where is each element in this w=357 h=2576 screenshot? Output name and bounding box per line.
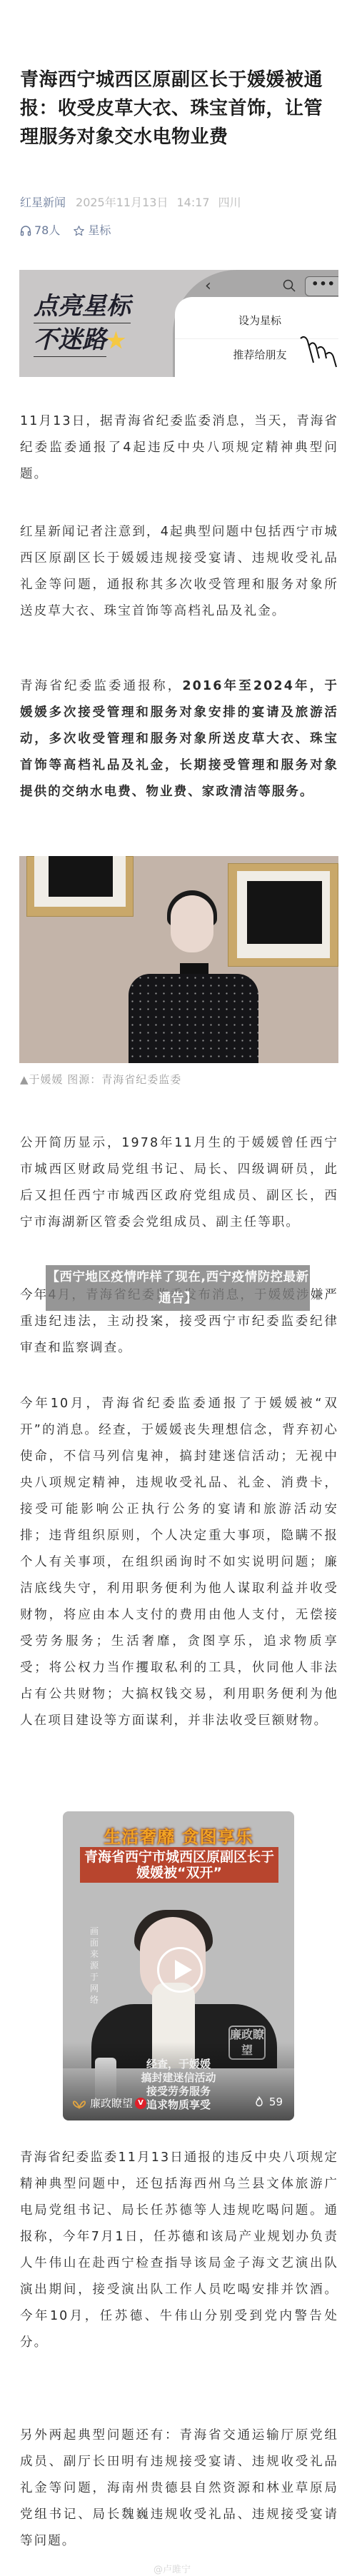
like-icon	[253, 2096, 265, 2108]
paragraph-2: 红星新闻记者注意到，4起典型问题中包括西宁市城西区原副区长于媛媛违规接受宴请、违…	[20, 519, 338, 625]
star-button[interactable]: 星标	[73, 221, 111, 241]
pointing-hand-icon	[298, 334, 338, 377]
more-options-icon: •••	[305, 276, 338, 296]
publish-location: 四川	[218, 196, 241, 209]
painting-right	[228, 863, 338, 967]
article-stats: 78人 星标	[20, 221, 124, 241]
video-account[interactable]: 廉政瞭望 V	[73, 2095, 146, 2110]
publish-date: 2025年11月13日	[76, 196, 168, 209]
paragraph-1: 11月13日，据青海省纪委监委消息，当天，青海省纪委监委通报了4起违反中央八项规…	[20, 408, 338, 488]
painting-left	[26, 856, 134, 917]
banner-slogan: 点亮星标 不迷路★	[34, 290, 131, 358]
back-chevron-icon: ‹	[205, 277, 211, 295]
video-like-count: 59	[269, 2095, 283, 2108]
video-account-name: 廉政瞭望	[90, 2095, 133, 2110]
headphones-icon	[20, 225, 31, 236]
star-promo-banner: 点亮星标 不迷路★ ‹ ••• 设为星标 推荐给朋友	[19, 270, 338, 377]
publish-time: 14:17	[176, 196, 209, 209]
listen-button[interactable]: 78人	[20, 221, 60, 241]
paragraph-3: 青海省纪委监委通报称，2016年至2024年，于媛媛多次接受管理和服务对象安排的…	[20, 673, 338, 805]
article-page: 青海西宁城西区原副区长于媛媛被通报：收受皮草大衣、珠宝首饰，让管理服务对象交水电…	[0, 0, 357, 2576]
play-icon[interactable]	[157, 1947, 203, 1993]
paragraph-6: 今年10月，青海省纪委监委通报了于媛媛被“双开”的消息。经查，于媛媛丧失理想信念…	[20, 1391, 338, 1734]
paragraph-3-emphasis: 2016年至2024年，于媛媛多次接受管理和服务对象安排的宴请及旅游活动，多次收…	[20, 679, 338, 799]
person-portrait	[171, 895, 213, 952]
source-name[interactable]: 红星新闻	[20, 196, 66, 209]
search-icon	[282, 278, 296, 293]
listener-count: 78人	[34, 221, 60, 241]
star-icon	[73, 225, 85, 237]
video-likes[interactable]: 59	[253, 2095, 283, 2108]
weibo-watermark: @卢雎宁	[154, 2562, 191, 2575]
video-card[interactable]: 生活奢靡 贪图享乐 青海省西宁市城西区原副区长于媛媛被“双开” 画面来源于网络 …	[63, 1811, 294, 2120]
paragraph-7: 青海省纪委监委11月13日通报的违反中央八项规定精神典型问题中，还包括海西州乌兰…	[20, 2145, 338, 2356]
official-photo[interactable]	[19, 856, 338, 1063]
channel-logo-icon	[73, 2098, 86, 2109]
video-side-caption: 画面来源于网络	[90, 1926, 104, 2006]
article-meta: 红星新闻2025年11月13日14:17四川	[20, 193, 241, 213]
injected-headline-overlay[interactable]: 【西宁地区疫情咋样了现在,西宁疫情防控最新通告】	[46, 1265, 310, 1311]
star-label: 星标	[88, 221, 111, 241]
menu-item-set-star: 设为星标	[168, 313, 338, 328]
paragraph-8: 另外两起典型问题还有：青海省交通运输厅原党组成员、副厅长田明有违规接受宴请、违规…	[20, 2422, 338, 2555]
photo-caption: ▲于媛媛 图源：青海省纪委监委	[20, 1071, 181, 1088]
star-decoration-icon: ★	[106, 328, 126, 353]
video-headline: 青海省西宁市城西区原副区长于媛媛被“双开”	[80, 1847, 278, 1883]
paragraph-4: 公开简历显示，1978年11月生的于媛媛曾任西宁市城西区财政局党组书记、局长、四…	[20, 1130, 338, 1236]
article-title: 青海西宁城西区原副区长于媛媛被通报：收受皮草大衣、珠宝首饰，让管理服务对象交水电…	[20, 66, 341, 151]
video-tag: 生活奢靡 贪图享乐	[63, 1823, 294, 1848]
verified-badge-icon: V	[135, 2098, 146, 2109]
